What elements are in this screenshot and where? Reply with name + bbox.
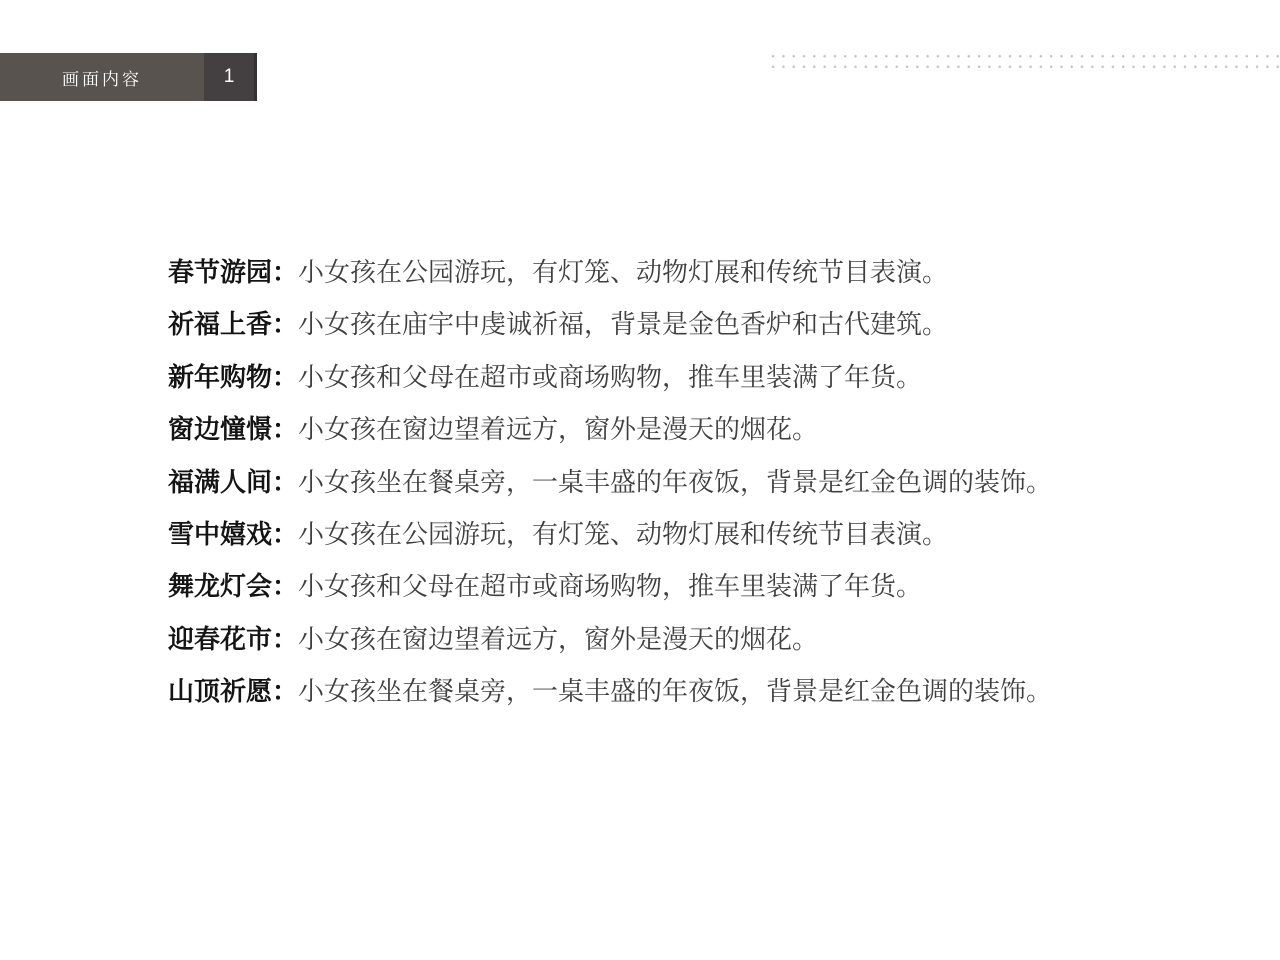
list-item: 春节游园：小女孩在公园游玩，有灯笼、动物灯展和传统节目表演。 xyxy=(168,246,1218,298)
scene-description: 小女孩坐在餐桌旁，一桌丰盛的年夜饭，背景是红金色调的装饰。 xyxy=(298,676,1052,706)
list-item: 福满人间：小女孩坐在餐桌旁，一桌丰盛的年夜饭，背景是红金色调的装饰。 xyxy=(168,456,1218,508)
scene-label: 春节游园： xyxy=(168,257,298,287)
slide-page: 画面内容 1 春节游园：小女孩在公园游玩，有灯笼、动物灯展和传统节目表演。 祈福… xyxy=(0,0,1280,960)
scene-description: 小女孩在公园游玩，有灯笼、动物灯展和传统节目表演。 xyxy=(298,257,948,287)
scene-label: 迎春花市： xyxy=(168,624,298,654)
scene-label: 窗边憧憬： xyxy=(168,414,298,444)
dot-grid-decoration xyxy=(766,47,1280,68)
list-item: 舞龙灯会：小女孩和父母在超市或商场购物，推车里装满了年货。 xyxy=(168,560,1218,612)
scene-label: 山顶祈愿： xyxy=(168,676,298,706)
list-item: 窗边憧憬：小女孩在窗边望着远方，窗外是漫天的烟花。 xyxy=(168,403,1218,455)
scene-description: 小女孩和父母在超市或商场购物，推车里装满了年货。 xyxy=(298,362,922,392)
scene-description: 小女孩在窗边望着远方，窗外是漫天的烟花。 xyxy=(298,624,818,654)
page-number-badge: 1 xyxy=(204,53,257,101)
scene-label: 新年购物： xyxy=(168,362,298,392)
list-item: 迎春花市：小女孩在窗边望着远方，窗外是漫天的烟花。 xyxy=(168,613,1218,665)
scene-description: 小女孩和父母在超市或商场购物，推车里装满了年货。 xyxy=(298,571,922,601)
scene-label: 福满人间： xyxy=(168,467,298,497)
scene-label: 舞龙灯会： xyxy=(168,571,298,601)
list-item: 祈福上香：小女孩在庙宇中虔诚祈福，背景是金色香炉和古代建筑。 xyxy=(168,298,1218,350)
section-tag: 画面内容 1 xyxy=(0,53,257,101)
scene-description: 小女孩在公园游玩，有灯笼、动物灯展和传统节目表演。 xyxy=(298,519,948,549)
scene-description: 小女孩在窗边望着远方，窗外是漫天的烟花。 xyxy=(298,414,818,444)
section-tag-label: 画面内容 xyxy=(0,53,204,101)
scene-list: 春节游园：小女孩在公园游玩，有灯笼、动物灯展和传统节目表演。 祈福上香：小女孩在… xyxy=(168,246,1218,718)
scene-description: 小女孩在庙宇中虔诚祈福，背景是金色香炉和古代建筑。 xyxy=(298,309,948,339)
scene-label: 祈福上香： xyxy=(168,309,298,339)
list-item: 雪中嬉戏：小女孩在公园游玩，有灯笼、动物灯展和传统节目表演。 xyxy=(168,508,1218,560)
scene-description: 小女孩坐在餐桌旁，一桌丰盛的年夜饭，背景是红金色调的装饰。 xyxy=(298,467,1052,497)
list-item: 新年购物：小女孩和父母在超市或商场购物，推车里装满了年货。 xyxy=(168,351,1218,403)
scene-label: 雪中嬉戏： xyxy=(168,519,298,549)
list-item: 山顶祈愿：小女孩坐在餐桌旁，一桌丰盛的年夜饭，背景是红金色调的装饰。 xyxy=(168,665,1218,717)
